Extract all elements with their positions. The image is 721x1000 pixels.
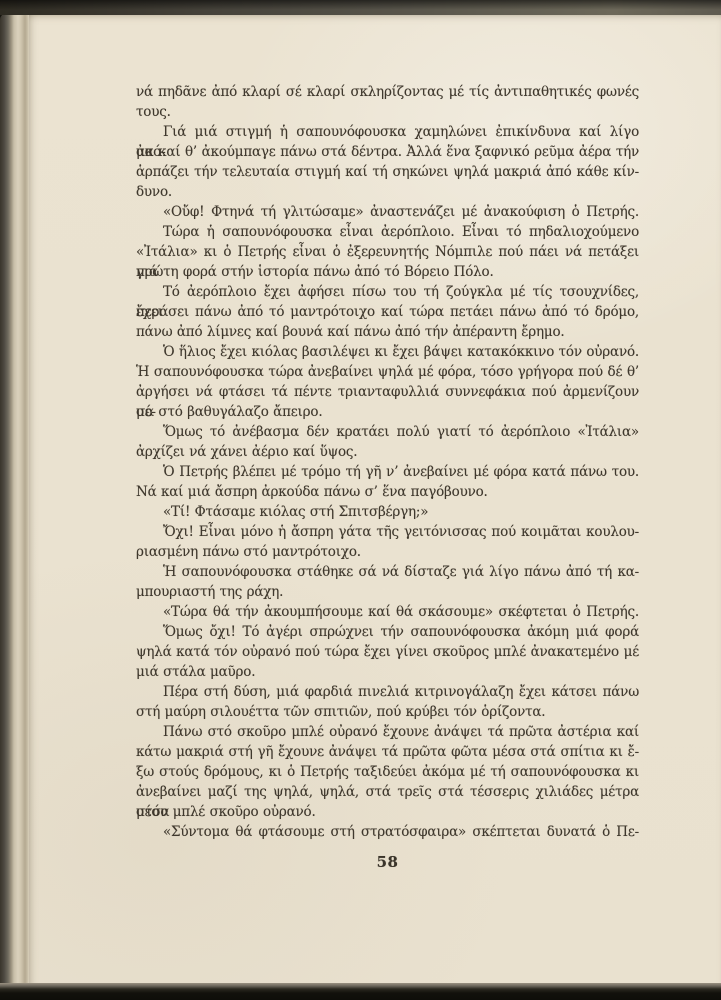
text-line: στή μαύρη σιλουέττα τῶν σπιτιῶν, πού κρύ… [136, 702, 639, 722]
text-line: μιά στάλα μαῦρο. [136, 662, 639, 682]
text-line: περάσει πάνω ἀπό τό μαντρότοιχο καί τώρα… [136, 302, 639, 322]
text-line: Ὁ ἥλιος ἔχει κιόλας βασιλέψει κι ἔχει βά… [136, 342, 639, 362]
text-line: Πέρα στή δύση, μιά φαρδιά πινελιά κιτριν… [136, 682, 639, 702]
text-line: πάνω ἀπό λίμνες καί βουνά καί πάνω ἀπό τ… [136, 322, 639, 342]
page-number: 58 [136, 854, 639, 870]
text-line: Ἡ σαπουνόφουσκα στάθηκε σά νά δίσταζε γι… [136, 562, 639, 582]
text-line: Ἡ σαπουνόφουσκα τώρα ἀνεβαίνει ψηλά μέ φ… [136, 362, 639, 382]
text-line: Τώρα ἡ σαπουνόφουσκα εἶναι ἀερόπλοιο. Εἶ… [136, 222, 639, 242]
text-line: Ὄχι! Εἶναι μόνο ἡ ἄσπρη γάτα τῆς γειτόνι… [136, 522, 639, 542]
text-line: «Τί! Φτάσαμε κιόλας στή Σπιτσβέργη;» [136, 502, 639, 522]
text-line: σα στό βαθυγάλαζο ἄπειρο. [136, 402, 639, 422]
text-line: «Τώρα θά τήν ἀκουμπήσουμε καί θά σκάσουμ… [136, 602, 639, 622]
text-line: «Σύντομα θά φτάσουμε στή στρατόσφαιρα» σ… [136, 822, 639, 842]
text-line: μα καί θ’ ἀκούμπαγε πάνω στά δέντρα. Ἀλλ… [136, 142, 639, 162]
text-line: κάτω μακριά στή γῆ ἔχουνε ἀνάψει τά πρῶτ… [136, 742, 639, 762]
scanner-bed-top [0, 0, 721, 15]
text-line: τους. [136, 102, 639, 122]
text-line: Γιά μιά στιγμή ἡ σαπουνόφουσκα χαμηλώνει… [136, 122, 639, 142]
text-line: Ὅμως ὄχι! Τό ἀγέρι σπρώχνει τήν σαπουνόφ… [136, 622, 639, 642]
page-stack-edge [0, 13, 29, 986]
text-line: ἀρχίζει νά χάνει ἀέριο καί ὕψος. [136, 442, 639, 462]
text-line: ριασμένη πάνω στό μαντρότοιχο. [136, 542, 639, 562]
text-line: δυνο. [136, 182, 639, 202]
text-line: ξω στούς δρόμους, κι ὁ Πετρής ταξιδεύει … [136, 762, 639, 782]
text-line: ψηλά κατά τόν οὐρανό πού τώρα ἔχει γίνει… [136, 642, 639, 662]
text-line: Πάνω στό σκοῦρο μπλέ οὐρανό ἔχουνε ἀνάψε… [136, 722, 639, 742]
text-line: ἀργήσει νά φτάσει τά πέντε τριανταφυλλιά… [136, 382, 639, 402]
text-line: «Ἰτάλια» κι ὁ Πετρής εἶναι ὁ ἐξερευνητής… [136, 242, 639, 262]
text-line: Νά καί μιά ἄσπρη ἀρκούδα πάνω σ’ ἕνα παγ… [136, 482, 639, 502]
book-page: νά πηδᾶνε ἀπό κλαρί σέ κλαρί σκληρίζοντα… [29, 13, 721, 986]
text-line: στόν μπλέ σκοῦρο οὐρανό. [136, 802, 639, 822]
text-line: νά πηδᾶνε ἀπό κλαρί σέ κλαρί σκληρίζοντα… [136, 82, 639, 102]
text-line: «Οὔφ! Φτηνά τή γλιτώσαμε» ἀναστενάζει μέ… [136, 202, 639, 222]
text-line: πρώτη φορά στήν ἱστορία πάνω ἀπό τό Βόρε… [136, 262, 639, 282]
scanned-book-page: νά πηδᾶνε ἀπό κλαρί σέ κλαρί σκληρίζοντα… [0, 0, 721, 1000]
page-text-block: νά πηδᾶνε ἀπό κλαρί σέ κλαρί σκληρίζοντα… [136, 82, 639, 842]
text-line: Τό ἀερόπλοιο ἔχει ἀφήσει πίσω του τή ζού… [136, 282, 639, 302]
text-line: ἀνεβαίνει μαζί της ψηλά, ψηλά, στά τρεῖς… [136, 782, 639, 802]
text-line: μπουριαστή της ράχη. [136, 582, 639, 602]
text-line: ἁρπάζει τήν τελευταία στιγμή καί τή σηκώ… [136, 162, 639, 182]
text-line: Ὅμως τό ἀνέβασμα δέν κρατάει πολύ γιατί … [136, 422, 639, 442]
text-line: Ὁ Πετρής βλέπει μέ τρόμο τή γῆ ν’ ἀνεβαί… [136, 462, 639, 482]
scanner-bed-bottom [0, 983, 721, 1000]
